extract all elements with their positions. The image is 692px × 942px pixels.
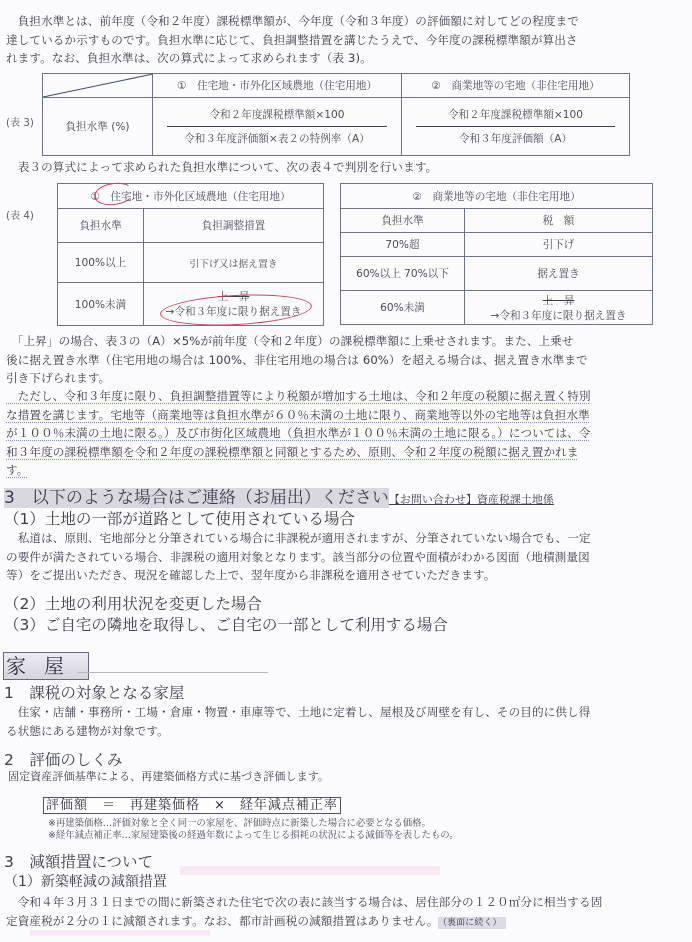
subsection-title: （1）新築軽減の減額措置 (4, 871, 167, 891)
table3-col2-header: ② 商業地等の宅地（非住宅用地） (402, 74, 630, 98)
table3: ① 住宅地・市外化区域農地（住宅用地） ② 商業地等の宅地（非住宅用地） 負担水… (42, 73, 630, 156)
revised-measure: →令和３年度に限り据え置き (465, 308, 652, 323)
table4-left-measure: 引下げ又は据え置き (144, 243, 324, 283)
table3-col2-formula: 令和２年度課税標準額×100 令和３年度評価額（A） (402, 98, 630, 156)
intro-line: れます。なお、負担水準は、次の算式によって求められます（表 3)。 (6, 49, 686, 68)
paragraph-line: 引き下げられます。 (6, 369, 686, 388)
notes: ※再建築価格…評価対象と全く同一の家屋を、評価時点に新築した場合に必要となる価格… (48, 818, 459, 843)
numerator: 令和２年度課税標準額×100 (167, 107, 387, 127)
table4-right-level: 60%未満 (341, 291, 465, 325)
special-measure-paragraph: ただし、令和３年度に限り、負担調整措置等により税額が増加する土地は、令和２年度の… (6, 387, 686, 480)
table4-right-header: 税 額 (465, 209, 653, 233)
paragraph-line: 令和４年３月３１日までの間に新築された住宅で次の表に該当する場合は、居住部分の１… (6, 893, 690, 912)
table4-left-level: 100%以上 (58, 243, 144, 283)
section3-heading-row: 3 以下のような場合はご連絡（お届出）ください【お問い合わせ】資産税課土地係 (4, 483, 554, 508)
paragraph-line: な措置を講じます。宅地等（商業地等は負担水準が６０％未満の土地に限り、商業地等以… (6, 408, 590, 422)
continued-on-back-label: （裏面に続く） (438, 917, 505, 929)
subsection-title: （3）ご自宅の隣地を取得し、ご自宅の一部として利用する場合 (4, 613, 448, 635)
paragraph-line: 和３年度の課税標準額を令和２年度の課税標準額と同額とするため、原則、令和２年度の… (6, 445, 579, 459)
paragraph-line: 定資産税が２分の１に減額されます。なお、都市計画税の減額措置はありません。 (6, 914, 438, 928)
subsection-title: （2）土地の利用状況を変更した場合 (4, 592, 262, 614)
scan-artifact (180, 866, 440, 875)
section-body: 固定資産評価基準による、再建築価格方式に基づき評価します。 (8, 768, 329, 787)
divider (78, 672, 268, 673)
table4-right-header: 負担水準 (341, 209, 465, 233)
table4-left-header: 負担水準 (58, 209, 144, 243)
note-line: ※再建築価格…評価対象と全く同一の家屋を、評価時点に新築した場合に必要となる価格… (48, 818, 459, 830)
table4-right-level: 70%超 (341, 233, 465, 257)
table4-left-level: 100%未満 (58, 283, 144, 326)
table3-caption: 表３の算式によって求められた負担水準について、次の表４で判別を行います。 (6, 158, 437, 177)
paragraph-line: ただし、令和３年度に限り、負担調整措置等により税額が増加する土地は、令和２年度の… (6, 389, 591, 403)
paragraph-line: 等）をご提出いただき、現況を確認した上で、翌年度から非課税を適用させていただきま… (6, 566, 686, 585)
intro-line: 達しているか示すものです。負担水準に応じて、負担調整措置を講じたうえで、今年度の… (6, 31, 686, 50)
house-section-badge: 家屋 (3, 650, 89, 679)
intro-line: 負担水準とは、前年度（令和２年度）課税標準額が、今年度（令和３年度）の評価額に対… (6, 12, 686, 31)
paragraph-line: の要件が満たされている場合、非課税の適用対象となります。該当部分の位置や面積がわ… (6, 548, 686, 567)
valuation-formula: 評価額 ＝ 再建築価格 × 経年減点補正率 (43, 797, 341, 814)
table4-right-level: 60%以上 70%以下 (341, 257, 465, 291)
section-body: 住家・店舗・事務所・工場・倉庫・物置・車庫等で、土地に定着し、屋根及び周壁を有し… (6, 703, 686, 740)
inquiry-contact: 【お問い合わせ】資産税課土地係 (389, 493, 554, 506)
table3-col1-formula: 令和２年度課税標準額×100 令和３年度評価額×表２の特例率（A） (153, 98, 402, 156)
section-heading: 1 課税の対象となる家屋 (4, 681, 184, 703)
table4-left-header: 負担調整措置 (144, 209, 324, 243)
table3-row-label: 負担水準 (%) (43, 98, 153, 156)
table4-label: (表 4) (6, 207, 34, 222)
note-line: ※経年減点補正率…家屋建築後の経過年数によって生じる損耗の状況による減価等を表し… (48, 830, 459, 842)
table4-nonresidential: ② 商業地等の宅地（非住宅用地） 負担水準 税 額 70%超 引下げ 60%以上… (340, 183, 653, 325)
struck-text: 上 昇 (465, 293, 652, 308)
section-heading: 2 評価のしくみ (4, 748, 122, 770)
paragraph-line: る状態にある建物が対象です。 (6, 722, 686, 741)
table3-label: (表 3) (6, 114, 34, 129)
table3-corner-cell (43, 74, 153, 98)
denominator: 令和３年度評価額×表２の特例率（A） (153, 127, 401, 146)
section-heading: 3 以下のような場合はご連絡（お届出）ください (4, 488, 389, 508)
table4-right-measure: 据え置き (465, 257, 653, 291)
table4-right-measure: 引下げ (465, 233, 653, 257)
paragraph-line: 「上昇」の場合、表３の（A）×5%が前年度（令和２年度）の課税標準額に上乗せされ… (6, 332, 686, 351)
paragraph-line: す。 (6, 463, 28, 477)
paragraph-line: 住家・店舗・事務所・工場・倉庫・物置・車庫等で、土地に定着し、屋根及び周壁を有し… (6, 703, 686, 722)
section-badge: 家屋 (3, 652, 89, 680)
denominator: 令和３年度評価額（A） (402, 127, 629, 146)
section-heading: 3 減額措置について (4, 850, 153, 872)
table3-col1-header: ① 住宅地・市外化区域農地（住宅用地） (153, 74, 402, 98)
paragraph-line: 後に据え置き水準（住宅用地の場合は 100%、非住宅用地の場合は 60%）を超え… (6, 351, 686, 370)
formula-box: 評価額 ＝ 再建築価格 × 経年減点補正率 (43, 794, 341, 813)
intro-paragraph: 負担水準とは、前年度（令和２年度）課税標準額が、今年度（令和３年度）の評価額に対… (6, 12, 686, 68)
paragraph-line: 私道は、原則、宅地部分と分筆されている場合に非課税が適用されますが、分筆されてい… (6, 529, 686, 548)
section-body: 令和４年３月３１日までの間に新築された住宅で次の表に該当する場合は、居住部分の１… (6, 893, 690, 932)
rise-paragraph: 「上昇」の場合、表３の（A）×5%が前年度（令和２年度）の課税標準額に上乗せされ… (6, 332, 686, 388)
table4-right-measure-cell: 上 昇 →令和３年度に限り据え置き (465, 291, 653, 325)
subsection-body: 私道は、原則、宅地部分と分筆されている場合に非課税が適用されますが、分筆されてい… (6, 529, 686, 585)
diagonal-line-icon (43, 74, 153, 98)
paragraph-line: が１００％未満の土地に限る。）及び市街化区域農地（負担水準が１００％未満の土地に… (6, 426, 591, 440)
table4-right-title: ② 商業地等の宅地（非住宅用地） (341, 184, 653, 209)
subsection-title: （1）土地の一部が道路として使用されている場合 (4, 507, 355, 529)
numerator: 令和２年度課税標準額×100 (416, 107, 615, 127)
